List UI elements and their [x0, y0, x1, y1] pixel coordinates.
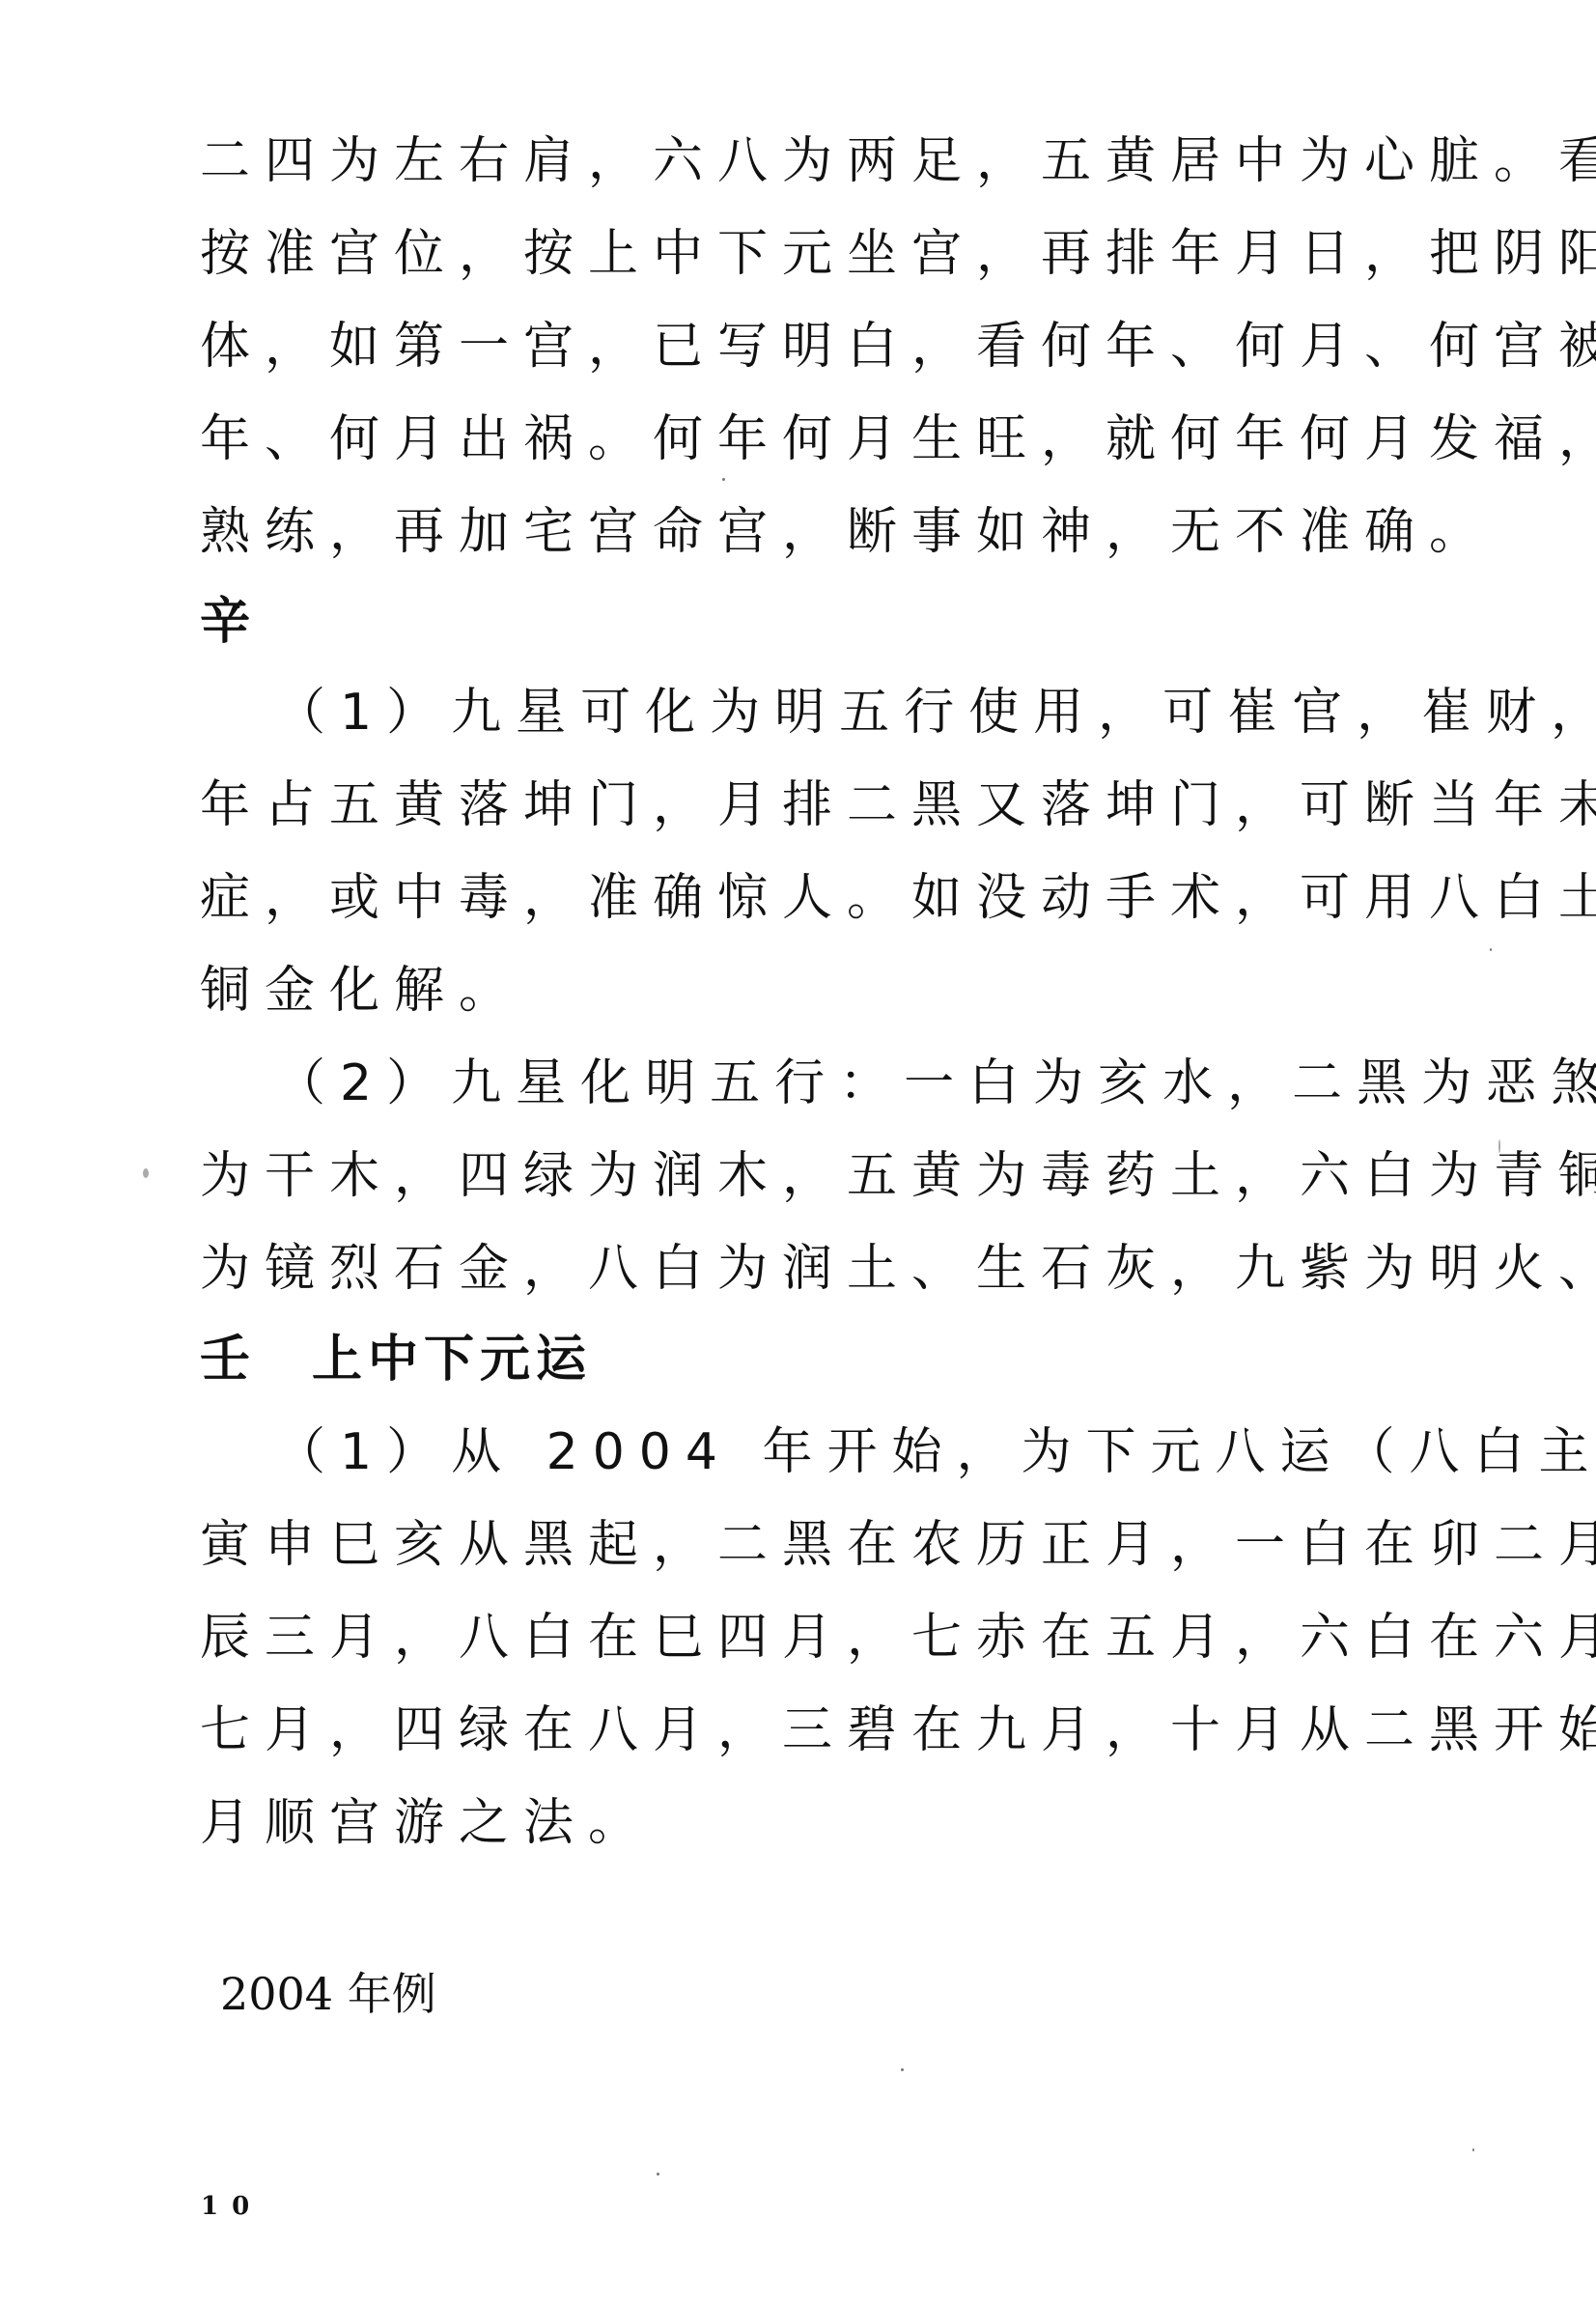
- scan-speck: [901, 2068, 904, 2071]
- text-line: 二四为左右肩，六八为两足，五黄居中为心脏。看阴阳宅时，: [200, 130, 1455, 192]
- scan-speck: [657, 2173, 659, 2176]
- text-line: 年、何月出祸。何年何月生旺，就何年何月发福，只要掌握: [200, 408, 1455, 470]
- text-line: 熟练，再加宅宫命宫，断事如神，无不准确。: [200, 501, 1455, 563]
- text-line: （1）从 2004 年开始，为下元八运（八白主事），正月为: [275, 1421, 1530, 1483]
- text-line: 为镜烈石金，八白为润土、生石灰，九紫为明火、五鬼火。: [200, 1238, 1455, 1300]
- section-heading: 辛: [200, 591, 1455, 653]
- scan-speck: [1490, 948, 1492, 951]
- scan-speck: [1472, 2148, 1474, 2151]
- example-caption: 2004 年例: [220, 1965, 436, 2023]
- text-line: 体，如第一宫，已写明白，看何年、何月、何宫被克，就何: [200, 316, 1455, 378]
- text-line: 为干木，四绿为润木，五黄为毒药土，六白为青铜金，七赤: [200, 1145, 1455, 1207]
- text-line: （1）九星可化为明五行使用，可崔官，崔财，化病。如：: [275, 682, 1530, 744]
- text-line: 按准宫位，按上中下元坐宫，再排年月日，把阴阳宅比于人: [200, 223, 1455, 285]
- text-line: 寅申巳亥从黑起，二黑在农历正月，一白在卯二月，九紫在: [200, 1514, 1455, 1576]
- text-line: 症，或中毒，准确惊人。如没动手术，可用八白土或六白青: [200, 867, 1455, 929]
- scan-speck: [722, 478, 725, 481]
- scan-speck: [143, 1168, 149, 1178]
- text-line: 月顺宫游之法。: [200, 1792, 1455, 1854]
- text-line: 七月，四绿在八月，三碧在九月，十月从二黑开始。逆排年: [200, 1699, 1455, 1761]
- page-number: 10: [201, 2192, 263, 2221]
- document-page: 二四为左右肩，六八为两足，五黄居中为心脏。看阴阳宅时， 按准宫位，按上中下元坐宫…: [0, 0, 1596, 2302]
- section-heading: 壬 上中下元运: [200, 1329, 1455, 1390]
- scan-speck: [1498, 1139, 1500, 1153]
- text-line: 年占五黄落坤门，月排二黑又落坤门，可断当年未月老母癌: [200, 774, 1455, 836]
- text-line: 辰三月，八白在巳四月，七赤在五月，六白在六月，五黄在: [200, 1607, 1455, 1669]
- text-line: （2）九星化明五行：一白为亥水，二黑为恶煞土，三碧: [275, 1053, 1530, 1114]
- text-line: 铜金化解。: [200, 960, 1455, 1022]
